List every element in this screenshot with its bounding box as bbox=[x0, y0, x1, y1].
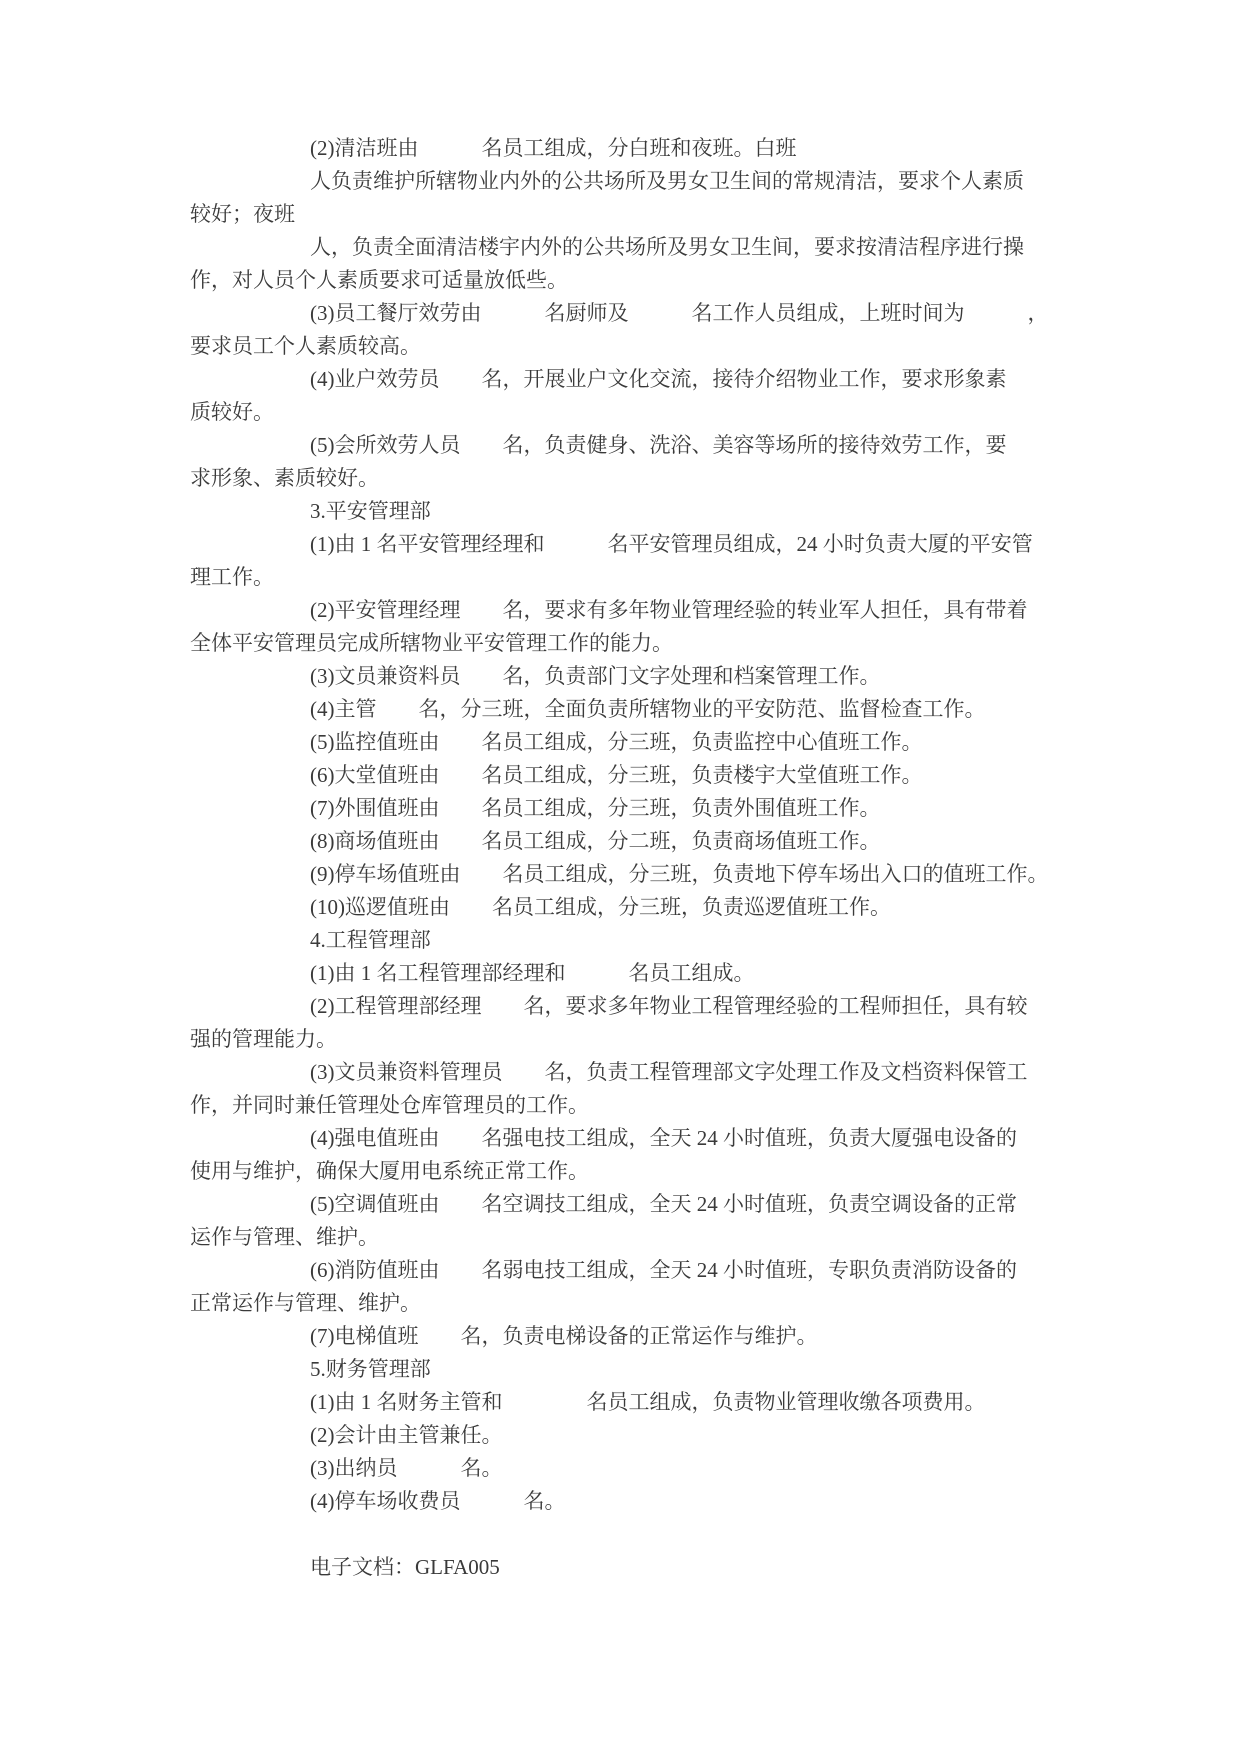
text-line: 求形象、素质较好。 bbox=[190, 462, 1080, 495]
text-line: (3)出纳员 名。 bbox=[190, 1452, 1080, 1485]
text-line bbox=[190, 1518, 1080, 1551]
text-line: 人，负责全面清洁楼宇内外的公共场所及男女卫生间，要求按清洁程序进行操 bbox=[190, 231, 1080, 264]
text-line: 全体平安管理员完成所辖物业平安管理工作的能力。 bbox=[190, 627, 1080, 660]
text-line: 作，对人员个人素质要求可适量放低些。 bbox=[190, 264, 1080, 297]
text-line: 要求员工个人素质较高。 bbox=[190, 330, 1080, 363]
text-line: 人负责维护所辖物业内外的公共场所及男女卫生间的常规清洁，要求个人素质 bbox=[190, 165, 1080, 198]
text-line: 理工作。 bbox=[190, 561, 1080, 594]
text-line: (6)消防值班由 名弱电技工组成，全天 24 小时值班，专职负责消防设备的 bbox=[190, 1254, 1080, 1287]
text-line: (9)停车场值班由 名员工组成，分三班，负责地下停车场出入口的值班工作。 bbox=[190, 858, 1080, 891]
text-line: 电子文档：GLFA005 bbox=[190, 1551, 1080, 1584]
text-line: (7)电梯值班 名，负责电梯设备的正常运作与维护。 bbox=[190, 1320, 1080, 1353]
text-line: 正常运作与管理、维护。 bbox=[190, 1287, 1080, 1320]
text-line: 5.财务管理部 bbox=[190, 1353, 1080, 1386]
text-line: (1)由 1 名工程管理部经理和 名员工组成。 bbox=[190, 957, 1080, 990]
text-line: (3)文员兼资料员 名，负责部门文字处理和档案管理工作。 bbox=[190, 660, 1080, 693]
text-line: (2)会计由主管兼任。 bbox=[190, 1419, 1080, 1452]
text-line: (4)强电值班由 名强电技工组成，全天 24 小时值班，负责大厦强电设备的 bbox=[190, 1122, 1080, 1155]
text-line: (10)巡逻值班由 名员工组成，分三班，负责巡逻值班工作。 bbox=[190, 891, 1080, 924]
document-text-block: (2)清洁班由 名员工组成，分白班和夜班。白班人负责维护所辖物业内外的公共场所及… bbox=[190, 132, 1080, 1584]
text-line: (5)空调值班由 名空调技工组成，全天 24 小时值班，负责空调设备的正常 bbox=[190, 1188, 1080, 1221]
text-line: (1)由 1 名财务主管和 名员工组成，负责物业管理收缴各项费用。 bbox=[190, 1386, 1080, 1419]
text-line: 质较好。 bbox=[190, 396, 1080, 429]
text-line: 强的管理能力。 bbox=[190, 1023, 1080, 1056]
text-line: 较好；夜班 bbox=[190, 198, 1080, 231]
text-line: 运作与管理、维护。 bbox=[190, 1221, 1080, 1254]
text-line: 3.平安管理部 bbox=[190, 495, 1080, 528]
text-line: 使用与维护，确保大厦用电系统正常工作。 bbox=[190, 1155, 1080, 1188]
text-line: (3)文员兼资料管理员 名，负责工程管理部文字处理工作及文档资料保管工 bbox=[190, 1056, 1080, 1089]
text-line: 作，并同时兼任管理处仓库管理员的工作。 bbox=[190, 1089, 1080, 1122]
text-line: (4)主管 名，分三班，全面负责所辖物业的平安防范、监督检查工作。 bbox=[190, 693, 1080, 726]
text-line: (5)会所效劳人员 名，负责健身、洗浴、美容等场所的接待效劳工作，要 bbox=[190, 429, 1080, 462]
text-line: (2)清洁班由 名员工组成，分白班和夜班。白班 bbox=[190, 132, 1080, 165]
document-page: (2)清洁班由 名员工组成，分白班和夜班。白班人负责维护所辖物业内外的公共场所及… bbox=[0, 0, 1241, 1754]
text-line: (7)外围值班由 名员工组成，分三班，负责外围值班工作。 bbox=[190, 792, 1080, 825]
text-line: (6)大堂值班由 名员工组成，分三班，负责楼宇大堂值班工作。 bbox=[190, 759, 1080, 792]
text-line: (5)监控值班由 名员工组成，分三班，负责监控中心值班工作。 bbox=[190, 726, 1080, 759]
text-line: 4.工程管理部 bbox=[190, 924, 1080, 957]
text-line: (2)平安管理经理 名，要求有多年物业管理经验的转业军人担任，具有带着 bbox=[190, 594, 1080, 627]
text-line: (8)商场值班由 名员工组成，分二班，负责商场值班工作。 bbox=[190, 825, 1080, 858]
text-line: (4)业户效劳员 名，开展业户文化交流，接待介绍物业工作，要求形象素 bbox=[190, 363, 1080, 396]
text-line: (4)停车场收费员 名。 bbox=[190, 1485, 1080, 1518]
text-line: (3)员工餐厅效劳由 名厨师及 名工作人员组成，上班时间为 ， bbox=[190, 297, 1080, 330]
text-line: (1)由 1 名平安管理经理和 名平安管理员组成，24 小时负责大厦的平安管 bbox=[190, 528, 1080, 561]
text-line: (2)工程管理部经理 名，要求多年物业工程管理经验的工程师担任，具有较 bbox=[190, 990, 1080, 1023]
